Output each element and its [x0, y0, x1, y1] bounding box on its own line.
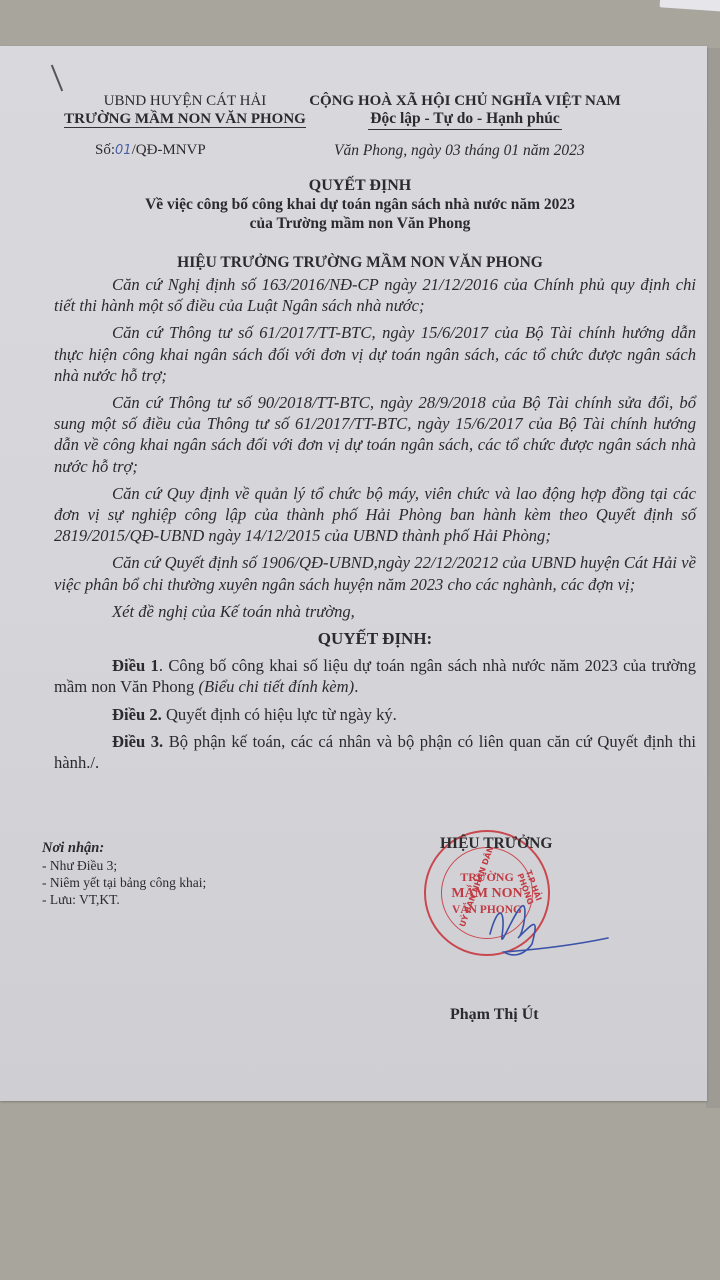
document-number: Số:01/QĐ-MNVP — [95, 142, 206, 159]
issuer-agency: UBND HUYỆN CÁT HẢI — [60, 92, 310, 110]
preamble-item: Căn cứ Quyết định số 1906/QĐ-UBND,ngày 2… — [54, 552, 696, 594]
place-date: Văn Phong, ngày 03 tháng 01 năm 2023 — [334, 142, 585, 160]
subject-line-1: Về việc công bố công khai dự toán ngân s… — [80, 195, 640, 214]
signer-title: HIỆU TRƯỞNG — [440, 835, 552, 853]
recipients-heading: Nơi nhận: — [42, 840, 206, 857]
national-motto: Độc lập - Tự do - Hạnh phúc — [368, 110, 561, 130]
background-surface — [706, 48, 720, 1108]
preamble-item: Căn cứ Quy định về quản lý tổ chức bộ má… — [54, 483, 696, 547]
title-block: QUYẾT ĐỊNH Về việc công bố công khai dự … — [80, 176, 640, 233]
preamble-item: Căn cứ Thông tư số 61/2017/TT-BTC, ngày … — [54, 322, 696, 386]
issuing-authority: HIỆU TRƯỞNG TRƯỜNG MẦM NON VĂN PHONG — [110, 254, 610, 272]
recipient-item: - Như Điều 3; — [42, 857, 206, 874]
decision-heading: QUYẾT ĐỊNH: — [54, 628, 696, 649]
background-paper-corner — [660, 0, 720, 13]
signer-name: Phạm Thị Út — [450, 1006, 539, 1024]
recipients-block: Nơi nhận: - Như Điều 3; - Niêm yết tại b… — [42, 840, 206, 908]
recipient-item: - Niêm yết tại bảng công khai; — [42, 874, 206, 891]
preamble-item: Căn cứ Nghị định số 163/2016/NĐ-CP ngày … — [54, 274, 696, 316]
article-2: Điều 2. Quyết định có hiệu lực từ ngày k… — [54, 704, 696, 725]
issuer-block: UBND HUYỆN CÁT HẢI TRƯỜNG MẦM NON VĂN PH… — [60, 92, 310, 128]
preamble-item: Xét đề nghị của Kế toán nhà trường, — [54, 601, 696, 622]
preamble-item: Căn cứ Thông tư số 90/2018/TT-BTC, ngày … — [54, 392, 696, 477]
recipient-item: - Lưu: VT,KT. — [42, 891, 206, 908]
handwritten-signature — [470, 894, 610, 964]
document-body: Căn cứ Nghị định số 163/2016/NĐ-CP ngày … — [54, 274, 696, 779]
pen-mark — [51, 65, 63, 92]
article-1: Điều 1. Công bố công khai số liệu dự toá… — [54, 655, 696, 697]
article-3: Điều 3. Bộ phận kế toán, các cá nhân và … — [54, 731, 696, 773]
nation-name: CỘNG HOÀ XÃ HỘI CHỦ NGHĨA VIỆT NAM — [300, 92, 630, 110]
national-header: CỘNG HOÀ XÃ HỘI CHỦ NGHĨA VIỆT NAM Độc l… — [300, 92, 630, 130]
document-type: QUYẾT ĐỊNH — [80, 176, 640, 195]
subject-line-2: của Trường mầm non Văn Phong — [80, 214, 640, 233]
issuer-school: TRƯỜNG MẦM NON VĂN PHONG — [60, 110, 310, 128]
document-page: UBND HUYỆN CÁT HẢI TRƯỜNG MẦM NON VĂN PH… — [0, 46, 707, 1101]
handwritten-number: 01 — [115, 143, 132, 158]
seal-line-1: TRƯỜNG — [426, 870, 548, 885]
